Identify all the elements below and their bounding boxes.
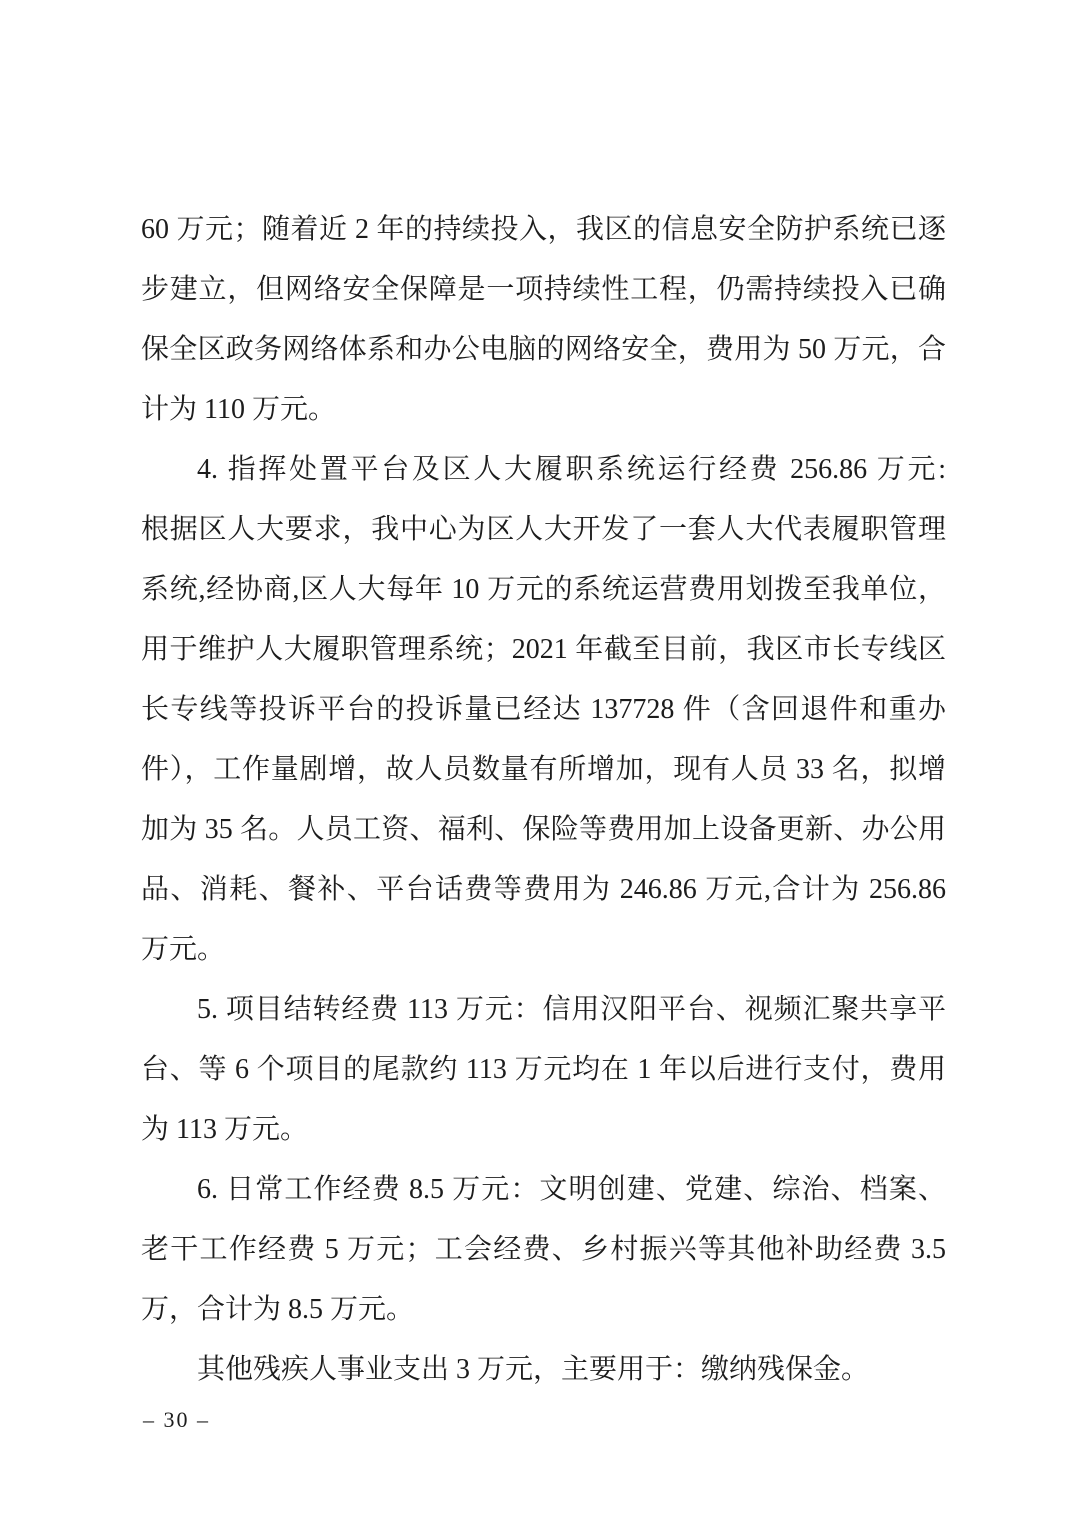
text-line: 件），工作量剧增，故人员数量有所增加，现有人员 33 名，拟增 [141,740,946,800]
text-line: 系统,经协商,区人大每年 10 万元的系统运营费用划拨至我单位， [141,560,946,620]
text-line: 步建立，但网络安全保障是一项持续性工程，仍需持续投入已确 [141,260,946,320]
text-line: 品、消耗、餐补、平台话费等费用为 246.86 万元,合计为 256.86 [141,860,946,920]
text-line: 加为 35 名。人员工资、福利、保险等费用加上设备更新、办公用 [141,800,946,860]
text-line: 万，合计为 8.5 万元。 [141,1280,946,1340]
text-line: 5. 项目结转经费 113 万元：信用汉阳平台、视频汇聚共享平 [141,980,946,1040]
text-line: 6. 日常工作经费 8.5 万元：文明创建、党建、综治、档案、 [141,1160,946,1220]
text-line: 为 113 万元。 [141,1100,946,1160]
text-line: 60 万元；随着近 2 年的持续投入，我区的信息安全防护系统已逐 [141,200,946,260]
text-line: 用于维护人大履职管理系统；2021 年截至目前，我区市长专线区 [141,620,946,680]
text-line: 保全区政务网络体系和办公电脑的网络安全，费用为 50 万元，合 [141,320,946,380]
text-line: 台、等 6 个项目的尾款约 113 万元均在 1 年以后进行支付，费用 [141,1040,946,1100]
text-line: 长专线等投诉平台的投诉量已经达 137728 件（含回退件和重办 [141,680,946,740]
text-line: 4. 指挥处置平台及区人大履职系统运行经费 256.86 万元: [141,440,946,500]
page-number: – 30 – [143,1405,210,1435]
text-line: 其他残疾人事业支出 3 万元，主要用于：缴纳残保金。 [141,1340,946,1400]
text-line: 根据区人大要求，我中心为区人大开发了一套人大代表履职管理 [141,500,946,560]
document-body: 60 万元；随着近 2 年的持续投入，我区的信息安全防护系统已逐 步建立，但网络… [141,200,946,1400]
document-page: 60 万元；随着近 2 年的持续投入，我区的信息安全防护系统已逐 步建立，但网络… [0,0,1074,1520]
text-line: 万元。 [141,920,946,980]
text-line: 老干工作经费 5 万元；工会经费、乡村振兴等其他补助经费 3.5 [141,1220,946,1280]
text-line: 计为 110 万元。 [141,380,946,440]
